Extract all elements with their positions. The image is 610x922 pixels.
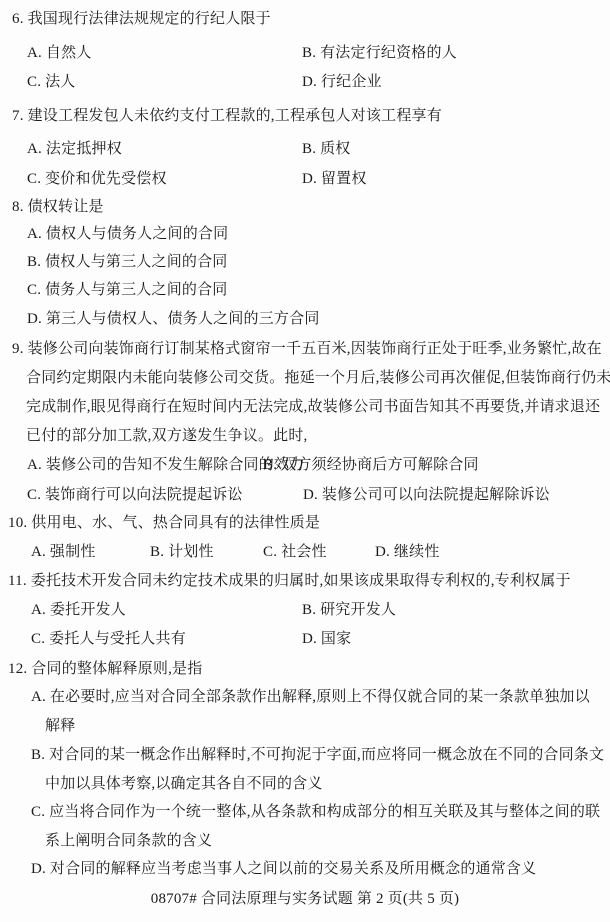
question-11-option-b: B. 研究开发人 (302, 599, 396, 621)
question-9-stem-line-2: 合同约定期限内未能向装修公司交货。拖延一个月后,装修公司再次催促,但装饰商行仍未 (26, 367, 610, 389)
question-10-option-a: A. 强制性 (31, 541, 96, 563)
question-6-option-c: C. 法人 (27, 71, 76, 93)
question-6-stem: 6. 我国现行法律法规规定的行纪人限于 (12, 8, 271, 30)
question-12-option-c-line-2: 系上阐明合同条款的含义 (45, 830, 212, 852)
question-9-stem-line-4: 已付的部分加工款,双方遂发生争议。此时, (26, 425, 308, 447)
question-11-option-d: D. 国家 (302, 628, 351, 650)
question-10-option-d: D. 继续性 (375, 541, 440, 563)
question-12-option-c-line-1: C. 应当将合同作为一个统一整体,从各条款和构成部分的相互关联及其与整体之间的联 (31, 801, 600, 823)
question-6-option-b: B. 有法定行纪资格的人 (302, 42, 457, 64)
question-11-option-c: C. 委托人与受托人共有 (31, 628, 186, 650)
question-12-stem: 12. 合同的整体解释原则,是指 (8, 658, 202, 680)
question-10-option-b: B. 计划性 (150, 541, 214, 563)
question-7-stem: 7. 建设工程发包人未依约支付工程款的,工程承包人对该工程享有 (12, 105, 442, 127)
question-9-option-c: C. 装饰商行可以向法院提起诉讼 (27, 484, 243, 506)
question-12-option-a-line-1: A. 在必要时,应当对合同全部条款作出解释,原则上不得仅就合同的某一条款单独加以 (31, 686, 590, 708)
question-8-option-a: A. 债权人与债务人之间的合同 (27, 223, 228, 245)
question-7-option-c: C. 变价和优先受偿权 (27, 168, 167, 190)
question-12-option-b-line-1: B. 对合同的某一概念作出解释时,不可拘泥于字面,而应将同一概念放在不同的合同条… (31, 744, 604, 766)
question-10-stem: 10. 供用电、水、气、热合同具有的法律性质是 (8, 512, 320, 534)
question-12-option-b-line-2: 中加以具体考察,以确定其各自不同的含义 (45, 773, 323, 795)
question-7-option-a: A. 法定抵押权 (27, 138, 122, 160)
question-9-stem-line-3: 完成制作,眼见得商行在短时间内无法完成,故装修公司书面告知其不再要货,并请求退还 (26, 396, 600, 418)
question-9-option-b: B. 双方须经协商后方可解除合同 (263, 454, 479, 476)
question-7-option-d: D. 留置权 (302, 168, 367, 190)
question-11-stem: 11. 委托技术开发合同未约定技术成果的归属时,如果该成果取得专利权的,专利权属… (8, 570, 571, 592)
page-footer: 08707# 合同法原理与实务试题 第 2 页(共 5 页) (0, 888, 610, 910)
question-8-option-d: D. 第三人与债权人、债务人之间的三方合同 (27, 308, 320, 330)
question-6-option-a: A. 自然人 (27, 42, 92, 64)
question-9-stem-line-1: 9. 装修公司向装饰商行订制某格式窗帘一千五百米,因装饰商行正处于旺季,业务繁忙… (12, 338, 602, 360)
question-10-option-c: C. 社会性 (263, 541, 327, 563)
question-11-option-a: A. 委托开发人 (31, 599, 126, 621)
question-9-option-d: D. 装修公司可以向法院提起解除诉讼 (303, 484, 550, 506)
question-7-option-b: B. 质权 (302, 138, 351, 160)
exam-page: 6. 我国现行法律法规规定的行纪人限于 A. 自然人 B. 有法定行纪资格的人 … (0, 0, 610, 922)
question-12-option-a-line-2: 解释 (45, 715, 75, 737)
question-8-stem: 8. 债权转让是 (12, 196, 104, 218)
question-6-option-d: D. 行纪企业 (302, 71, 382, 93)
question-8-option-c: C. 债务人与第三人之间的合同 (27, 279, 228, 301)
question-12-option-d: D. 对合同的解释应当考虑当事人之间以前的交易关系及所用概念的通常含义 (31, 858, 536, 880)
question-8-option-b: B. 债权人与第三人之间的合同 (27, 251, 228, 273)
